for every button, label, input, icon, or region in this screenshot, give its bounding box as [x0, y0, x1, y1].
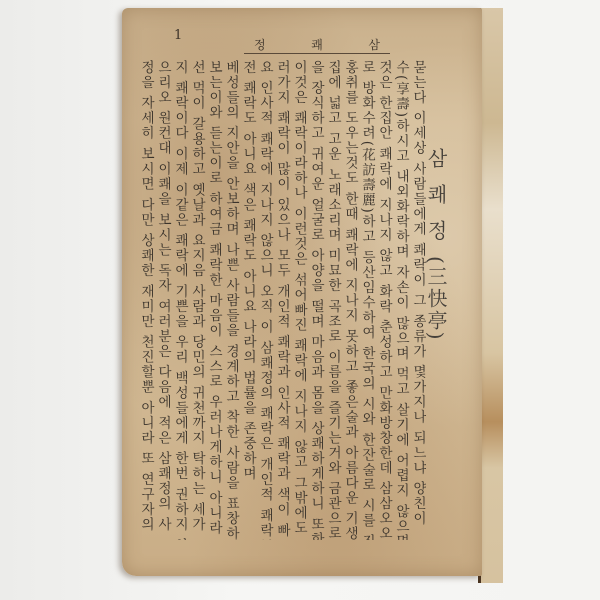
text-column: 베성들의 지안을 안보하며 나쁜 사람들을 경계하고 착한 사람을 표창하여: [222, 60, 239, 540]
text-column: 수(享壽)하시고 내외화락하며 자손이 많으며 먹고 살기에 어렵지 않으면 이: [392, 60, 409, 540]
text-column: 지 쾌락이다 이제 이같은 쾌락에 기쁜을 우리 백성들에게 한번 권하지 않: [171, 60, 188, 540]
chapter-title: 삼쾌정(三快亭): [422, 148, 451, 342]
text-column: 것은 한집안 쾌락에 지나지 않고 화락 춘성하고 만화방창한데 삼삼오오: [375, 60, 392, 540]
body-text: 묻는다 이세상 사람들에게 쾌락이 그 종류가 몇가지나 되느냐 양친이수(享壽…: [136, 60, 426, 540]
text-column: 을 장식하고 귀여운 얼굴로 아양을 떨며 마음과 몸을 상쾌하게하니 또한: [307, 60, 324, 540]
photo-scene: 1 정 쾌 삼 삼쾌정(三快亭) 묻는다 이세상 사람들에게 쾌락이 그 종류가…: [0, 0, 600, 600]
running-head-left: 정: [254, 36, 266, 53]
title-korean: 삼쾌정: [424, 148, 448, 256]
text-column: 집에 넓고 고운 노래소리며 미묘한 곡조로 이름을 즐기는거와 금관으로 몸: [324, 60, 341, 540]
text-column: 로 방화수려(花訪壽麗)하고 등산임수하여 한국의 시와 한잔술로 시를 짓고: [358, 60, 375, 540]
text-column: 전 쾌락도 아니요 색은 쾌락도 아니요 나라의 법률을 존중하며: [239, 60, 256, 540]
text-column: 정을 자세히 보시면 다만 상쾌한 재미만 천진할뿐 아니라 또 연구자의: [137, 60, 154, 540]
book-page: 1 정 쾌 삼 삼쾌정(三快亭) 묻는다 이세상 사람들에게 쾌락이 그 종류가…: [122, 8, 482, 576]
text-column: 러가지 쾌락이 많이 있으나 모두 개인적 쾌락과 인사적 쾌락과 색이 빠: [273, 60, 290, 540]
running-head: 정 쾌 삼: [244, 36, 390, 54]
text-column: 선 먹이 갈용하고 옛날과 요지음 사람과 당민의 귀천까지 탁하는 세가: [188, 60, 205, 540]
text-column: 이것은 쾌락이라하나 이런것은 섞어빠진 쾌락에 지나지 않고 그밖에도 여: [290, 60, 307, 540]
page-number: 1: [174, 28, 182, 43]
text-column: 홍취를 도우는것도 한때 쾌락에 지나지 못하고 좋은술과 아름다운 기생: [341, 60, 358, 540]
text-column: 묻는다 이세상 사람들에게 쾌락이 그 종류가 몇가지나 되느냐 양친이: [409, 60, 426, 540]
text-column: 보는이와 듣는이로 하여금 쾌락한 마음이 스스로 우러나게하니 아니라 최지: [205, 60, 222, 540]
text-column: 으리오 원컨대 이쾌을 보시는 독자 여러분은 다음에 적은 삼쾌정의 사: [154, 60, 171, 540]
running-head-middle: 쾌: [311, 36, 323, 53]
text-column: 요 인사적 쾌락에 지나지 않으니 오직 이 삼쾌정의 쾌락은 개인적 쾌락도 …: [256, 60, 273, 540]
running-head-right: 삼: [368, 36, 380, 53]
title-hanja: (三快亭): [424, 256, 448, 342]
